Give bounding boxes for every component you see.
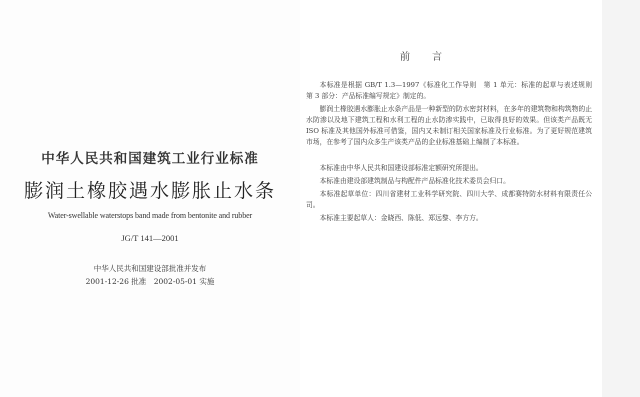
industry-standard-label: 中华人民共和国建筑工业行业标准 (0, 147, 300, 167)
document-title-en: Water-swellable waterstops band made fro… (0, 211, 300, 220)
page-edge-right (602, 0, 640, 397)
preface-page: 前言 本标准是根据 GB/T 1.3—1997《标准化工作导则 第 1 单元：标… (300, 0, 602, 397)
preface-paragraph: 膨润土橡胶遇水膨胀止水条产品是一种新型的防水密封材料，在多年的建筑物和构筑物的止… (306, 104, 592, 148)
preface-heading: 前言 (400, 48, 464, 63)
preface-paragraph: 本标准起草单位：四川省建材工业科学研究院、四川大学、成都赛特防水材料有限责任公司… (306, 189, 592, 211)
document-title-cn: 膨润土橡胶遇水膨胀止水条 (0, 176, 300, 203)
preface-paragraph: 本标准主要起草人：金晓西、陈低、郑远黎、李方方。 (306, 213, 592, 224)
approval-dates: 2001-12-26 批准 2002-05-01 实施 (0, 276, 300, 287)
standard-code: JG/T 141—2001 (0, 233, 300, 243)
cover-page: 中华人民共和国建筑工业行业标准 膨润土橡胶遇水膨胀止水条 Water-swell… (0, 0, 300, 397)
preface-paragraph: 本标准是根据 GB/T 1.3—1997《标准化工作导则 第 1 单元：标准的起… (306, 80, 592, 102)
publisher: 中华人民共和国建设部批准并发布 (0, 263, 300, 274)
preface-paragraph: 本标准由建设部建筑制品与构配件产品标准化技术委员会归口。 (306, 176, 592, 187)
preface-paragraph: 本标准由中华人民共和国建设部标准定额研究所提出。 (306, 163, 592, 174)
